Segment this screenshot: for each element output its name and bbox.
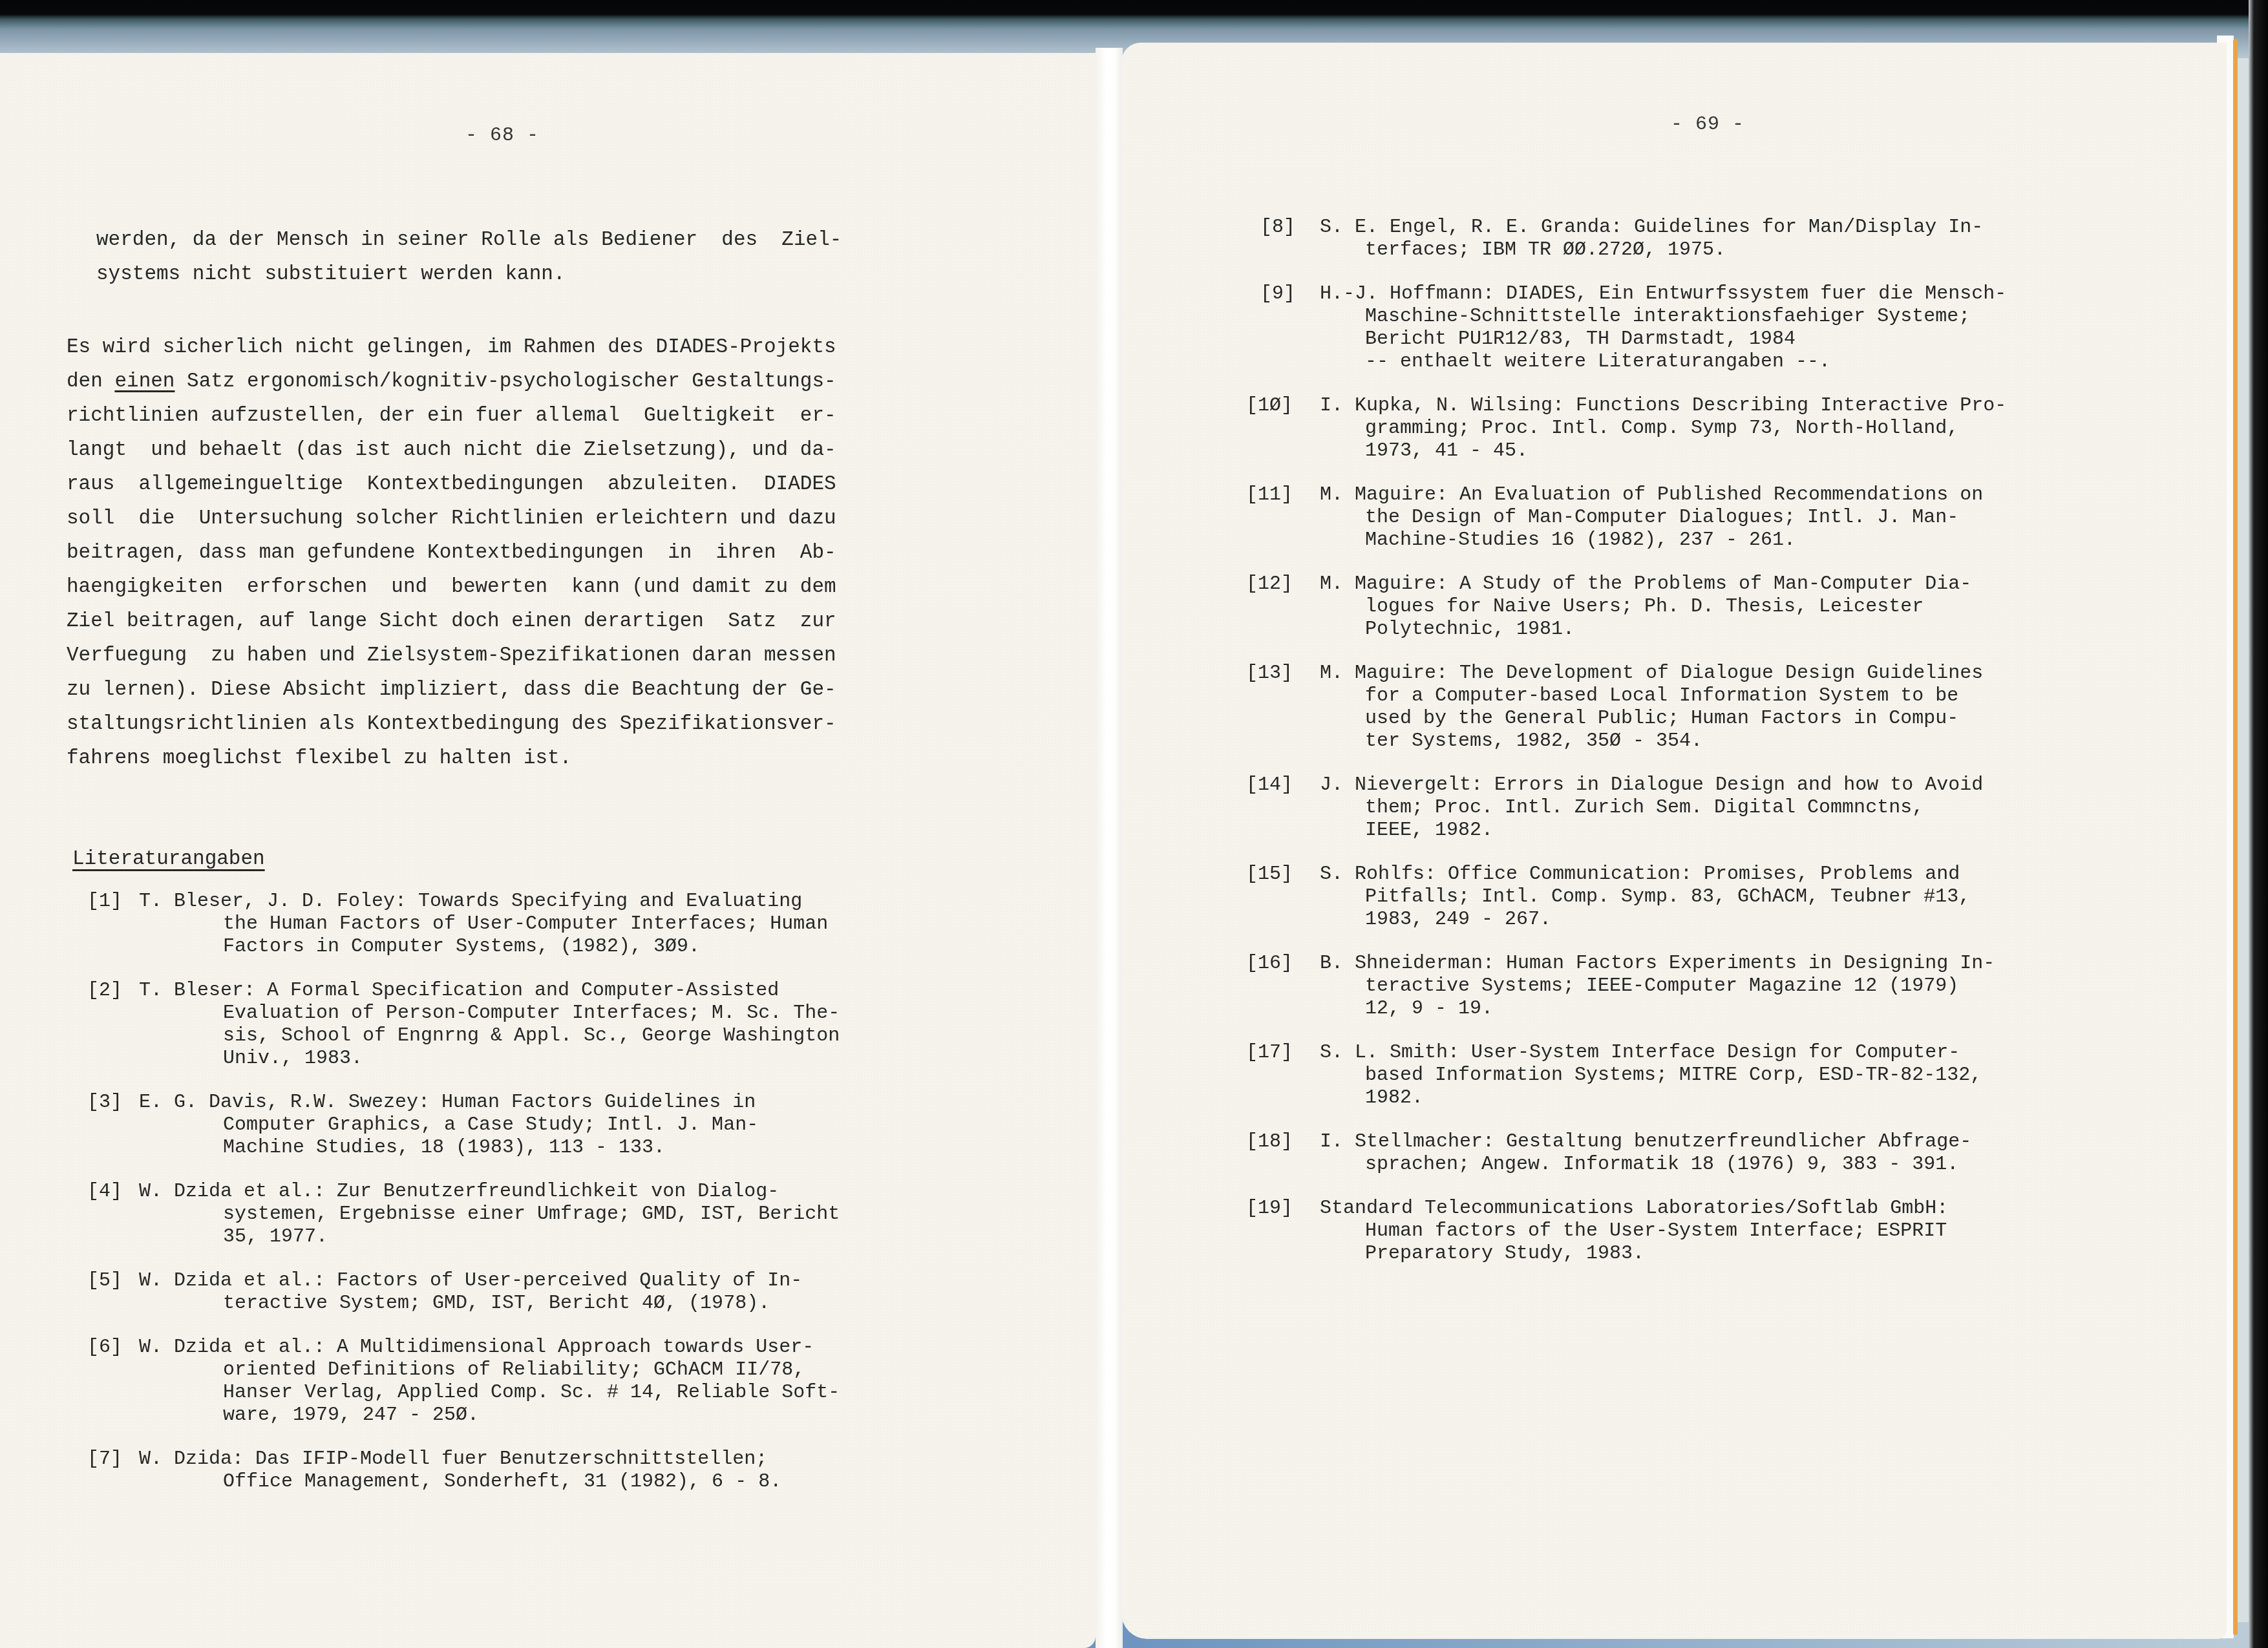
reference-line: W. Dzida et al.: Factors of User-perceiv… — [139, 1270, 979, 1293]
reference-text: M. Maguire: The Development of Dialogue … — [1326, 662, 2165, 753]
reference-line: Factors in Computer Systems, (1982), 3Ø9… — [184, 936, 979, 958]
reference-text: W. Dzida et al.: A Multidimensional Appr… — [184, 1336, 979, 1427]
reference-item: [15]S. Rohlfs: Office Communication: Pro… — [1260, 863, 2165, 931]
reference-item: [11]M. Maguire: An Evaluation of Publish… — [1260, 484, 2165, 552]
reference-number: [18] — [1246, 1131, 1326, 1176]
paragraph: werden, da der Mensch in seiner Rolle al… — [67, 223, 946, 291]
reference-number: [9] — [1260, 283, 1326, 374]
reference-line: W. Dzida et al.: A Multidimensional Appr… — [139, 1336, 979, 1359]
reference-line: E. G. Davis, R.W. Swezey: Human Factors … — [139, 1092, 979, 1114]
reference-text: H.-J. Hoffmann: DIADES, Ein Entwurfssyst… — [1326, 283, 2165, 374]
reference-item: [1]T. Bleser, J. D. Foley: Towards Speci… — [87, 891, 979, 958]
reference-line: Machine-Studies 16 (1982), 237 - 261. — [1326, 529, 2165, 552]
reference-item: [19]Standard Telecommunications Laborato… — [1260, 1198, 2165, 1265]
reference-line: -- enthaelt weitere Literaturangaben --. — [1326, 351, 2165, 374]
reference-line: 1982. — [1326, 1087, 2165, 1110]
reference-text: I. Kupka, N. Wilsing: Functions Describi… — [1326, 395, 2165, 463]
paragraph: Es wird sicherlich nicht gelingen, im Ra… — [67, 330, 946, 776]
reference-line: teractive System; GMD, IST, Bericht 4Ø, … — [184, 1293, 979, 1315]
reference-line: W. Dzida: Das IFIP-Modell fuer Benutzers… — [139, 1448, 979, 1471]
reference-text: B. Shneiderman: Human Factors Experiment… — [1326, 953, 2165, 1020]
text-line: fahrens moeglichst flexibel zu halten is… — [67, 741, 946, 776]
reference-item: [8]S. E. Engel, R. E. Granda: Guidelines… — [1260, 217, 2165, 262]
text-line: haengigkeiten erforschen und bewerten ka… — [67, 570, 946, 604]
reference-text: W. Dzida et al.: Zur Benutzerfreundlichk… — [184, 1181, 979, 1249]
reference-item: [7]W. Dzida: Das IFIP-Modell fuer Benutz… — [87, 1448, 979, 1494]
reference-number: [15] — [1246, 863, 1326, 931]
reference-text: S. Rohlfs: Office Communication: Promise… — [1326, 863, 2165, 931]
reference-item: [4]W. Dzida et al.: Zur Benutzerfreundli… — [87, 1181, 979, 1249]
reference-line: H.-J. Hoffmann: DIADES, Ein Entwurfssyst… — [1320, 283, 2165, 306]
reference-number: [14] — [1246, 774, 1326, 842]
reference-line: T. Bleser: A Formal Specification and Co… — [139, 980, 979, 1002]
reference-line: teractive Systems; IEEE-Computer Magazin… — [1326, 975, 2165, 998]
text-line: werden, da der Mensch in seiner Rolle al… — [67, 223, 946, 257]
reference-line: S. L. Smith: User-System Interface Desig… — [1320, 1042, 2165, 1064]
reference-item: [9]H.-J. Hoffmann: DIADES, Ein Entwurfss… — [1260, 283, 2165, 374]
reference-line: Machine Studies, 18 (1983), 113 - 133. — [184, 1137, 979, 1159]
reference-line: Computer Graphics, a Case Study; Intl. J… — [184, 1114, 979, 1137]
reference-line: 35, 1977. — [184, 1226, 979, 1249]
references-list-left: [1]T. Bleser, J. D. Foley: Towards Speci… — [87, 891, 979, 1515]
reference-line: Hanser Verlag, Applied Comp. Sc. # 14, R… — [184, 1382, 979, 1404]
reference-text: T. Bleser: A Formal Specification and Co… — [184, 980, 979, 1070]
reference-line: the Design of Man-Computer Dialogues; In… — [1326, 507, 2165, 529]
reference-text: S. L. Smith: User-System Interface Desig… — [1326, 1042, 2165, 1110]
reference-line: based Information Systems; MITRE Corp, E… — [1326, 1064, 2165, 1087]
reference-line: used by the General Public; Human Factor… — [1326, 708, 2165, 730]
reference-line: them; Proc. Intl. Zurich Sem. Digital Co… — [1326, 797, 2165, 819]
reference-item: [13]M. Maguire: The Development of Dialo… — [1260, 662, 2165, 753]
reference-line: Univ., 1983. — [184, 1048, 979, 1070]
text-line: Es wird sicherlich nicht gelingen, im Ra… — [67, 330, 946, 364]
reference-text: M. Maguire: An Evaluation of Published R… — [1326, 484, 2165, 552]
reference-line: logues for Naive Users; Ph. D. Thesis, L… — [1326, 596, 2165, 618]
references-heading: Literaturangaben — [72, 848, 265, 871]
reference-number: [13] — [1246, 662, 1326, 753]
reference-line: for a Computer-based Local Information S… — [1326, 685, 2165, 708]
reference-line: 12, 9 - 19. — [1326, 998, 2165, 1020]
cover-edge — [2233, 39, 2238, 1635]
reference-item: [6]W. Dzida et al.: A Multidimensional A… — [87, 1336, 979, 1427]
reference-item: [2]T. Bleser: A Formal Specification and… — [87, 980, 979, 1070]
reference-item: [14]J. Nievergelt: Errors in Dialogue De… — [1260, 774, 2165, 842]
reference-item: [16]B. Shneiderman: Human Factors Experi… — [1260, 953, 2165, 1020]
reference-number: [19] — [1246, 1198, 1326, 1265]
text-line: richtlinien aufzustellen, der ein fuer a… — [67, 399, 946, 433]
reference-line: T. Bleser, J. D. Foley: Towards Specifyi… — [139, 891, 979, 913]
reference-number: [16] — [1246, 953, 1326, 1020]
reference-line: IEEE, 1982. — [1326, 819, 2165, 842]
reference-line: Office Management, Sonderheft, 31 (1982)… — [184, 1471, 979, 1494]
reference-line: systemen, Ergebnisse einer Umfrage; GMD,… — [184, 1203, 979, 1226]
reference-line: M. Maguire: An Evaluation of Published R… — [1320, 484, 2165, 507]
text-line: raus allgemeingueltige Kontextbedingunge… — [67, 467, 946, 502]
reference-text: W. Dzida: Das IFIP-Modell fuer Benutzers… — [184, 1448, 979, 1494]
reference-line: B. Shneiderman: Human Factors Experiment… — [1320, 953, 2165, 975]
reference-line: the Human Factors of User-Computer Inter… — [184, 913, 979, 936]
reference-line: S. E. Engel, R. E. Granda: Guidelines fo… — [1320, 217, 2165, 239]
reference-text: W. Dzida et al.: Factors of User-perceiv… — [184, 1270, 979, 1315]
reference-item: [1Ø]I. Kupka, N. Wilsing: Functions Desc… — [1260, 395, 2165, 463]
reference-item: [18]I. Stellmacher: Gestaltung benutzerf… — [1260, 1131, 2165, 1176]
reference-number: [17] — [1246, 1042, 1326, 1110]
text-line: langt und behaelt (das ist auch nicht di… — [67, 433, 946, 467]
text-line: systems nicht substituiert werden kann. — [67, 257, 946, 291]
reference-line: M. Maguire: The Development of Dialogue … — [1320, 662, 2165, 685]
reference-number: [1Ø] — [1246, 395, 1326, 463]
reference-line: gramming; Proc. Intl. Comp. Symp 73, Nor… — [1326, 417, 2165, 440]
reference-line: Human factors of the User-System Interfa… — [1326, 1220, 2165, 1243]
reference-line: oriented Definitions of Reliability; GCh… — [184, 1359, 979, 1382]
reference-line: J. Nievergelt: Errors in Dialogue Design… — [1320, 774, 2165, 797]
reference-line: Evaluation of Person-Computer Interfaces… — [184, 1002, 979, 1025]
underlined-word: einen — [114, 370, 175, 393]
body-text: werden, da der Mensch in seiner Rolle al… — [67, 223, 946, 776]
reference-item: [3]E. G. Davis, R.W. Swezey: Human Facto… — [87, 1092, 979, 1159]
reference-item: [17]S. L. Smith: User-System Interface D… — [1260, 1042, 2165, 1110]
reference-line: ware, 1979, 247 - 25Ø. — [184, 1404, 979, 1427]
reference-line: Bericht PU1R12/83, TH Darmstadt, 1984 — [1326, 328, 2165, 351]
reference-text: I. Stellmacher: Gestaltung benutzerfreun… — [1326, 1131, 2165, 1176]
text-line: den einen Satz ergonomisch/kognitiv-psyc… — [67, 364, 946, 399]
reference-text: Standard Telecommunications Laboratories… — [1326, 1198, 2165, 1265]
reference-line: sprachen; Angew. Informatik 18 (1976) 9,… — [1326, 1154, 2165, 1176]
reference-text: J. Nievergelt: Errors in Dialogue Design… — [1326, 774, 2165, 842]
reference-line: 1983, 249 - 267. — [1326, 909, 2165, 931]
reference-line: Polytechnic, 1981. — [1326, 618, 2165, 641]
references-list-right: [8]S. E. Engel, R. E. Granda: Guidelines… — [1260, 217, 2165, 1287]
reference-line: Pitfalls; Intl. Comp. Symp. 83, GChACM, … — [1326, 886, 2165, 909]
reference-number: [8] — [1260, 217, 1326, 262]
reference-line: I. Stellmacher: Gestaltung benutzerfreun… — [1320, 1131, 2165, 1154]
reference-line: I. Kupka, N. Wilsing: Functions Describi… — [1320, 395, 2165, 417]
reference-text: E. G. Davis, R.W. Swezey: Human Factors … — [184, 1092, 979, 1159]
page-number-left: - 68 - — [465, 125, 539, 147]
paragraph-gap — [67, 291, 946, 330]
reference-line: W. Dzida et al.: Zur Benutzerfreundlichk… — [139, 1181, 979, 1203]
reference-text: S. E. Engel, R. E. Granda: Guidelines fo… — [1326, 217, 2165, 262]
text-line: Ziel beitragen, auf lange Sicht doch ein… — [67, 604, 946, 639]
text-line: zu lernen). Diese Absicht impliziert, da… — [67, 673, 946, 707]
text-line: soll die Untersuchung solcher Richtlinie… — [67, 502, 946, 536]
reference-item: [5]W. Dzida et al.: Factors of User-perc… — [87, 1270, 979, 1315]
book-gutter — [1096, 48, 1123, 1648]
reference-line: M. Maguire: A Study of the Problems of M… — [1320, 573, 2165, 596]
reference-text: T. Bleser, J. D. Foley: Towards Specifyi… — [184, 891, 979, 958]
reference-line: sis, School of Engnrng & Appl. Sc., Geor… — [184, 1025, 979, 1048]
reference-line: ter Systems, 1982, 35Ø - 354. — [1326, 730, 2165, 753]
reference-text: M. Maguire: A Study of the Problems of M… — [1326, 573, 2165, 641]
reference-line: Standard Telecommunications Laboratories… — [1320, 1198, 2165, 1220]
reference-line: Preparatory Study, 1983. — [1326, 1243, 2165, 1265]
reference-number: [12] — [1246, 573, 1326, 641]
reference-line: terfaces; IBM TR ØØ.272Ø, 1975. — [1326, 239, 2165, 262]
reference-line: 1973, 41 - 45. — [1326, 440, 2165, 463]
text-line: Verfuegung zu haben und Zielsystem-Spezi… — [67, 639, 946, 673]
page-number-right: - 69 - — [1671, 114, 1744, 136]
text-line: staltungsrichtlinien als Kontextbedingun… — [67, 707, 946, 741]
scanner-background-right — [2249, 0, 2268, 1648]
text-line: beitragen, dass man gefundene Kontextbed… — [67, 536, 946, 570]
reference-line: S. Rohlfs: Office Communication: Promise… — [1320, 863, 2165, 886]
reference-item: [12]M. Maguire: A Study of the Problems … — [1260, 573, 2165, 641]
reference-line: Maschine-Schnittstelle interaktionsfaehi… — [1326, 306, 2165, 328]
reference-number: [11] — [1246, 484, 1326, 552]
